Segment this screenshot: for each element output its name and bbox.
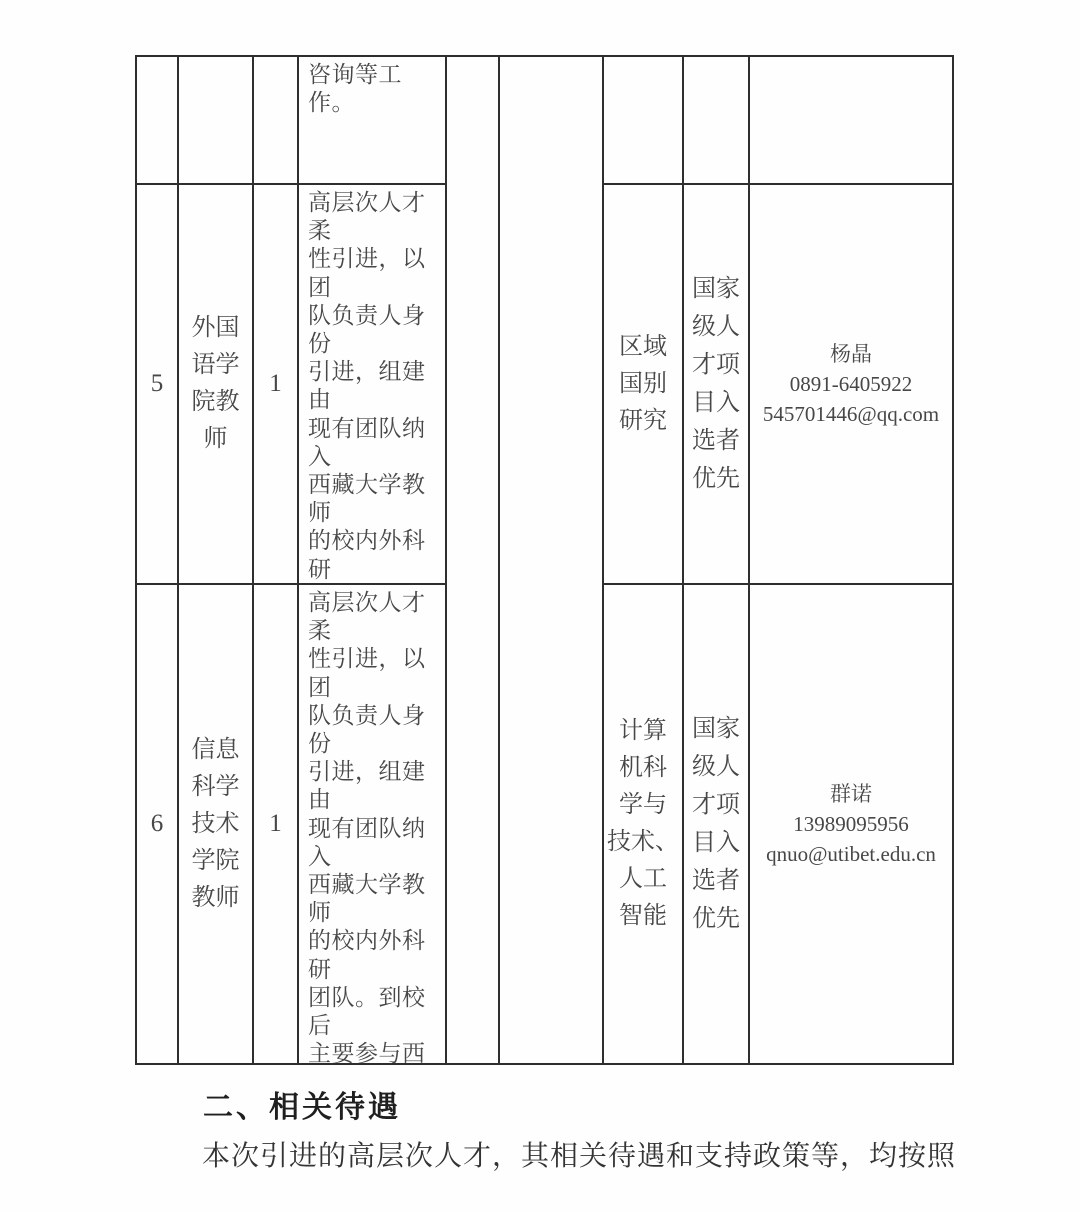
research-area-cell: 区域 国别 研究 (604, 185, 684, 585)
research-area-cell: 计算 机科 学与 技术、 人工 智能 (604, 585, 684, 1065)
partial-row-position-cell (179, 57, 254, 185)
partial-row-count-cell (254, 57, 299, 185)
section-heading: 二、相关待遇 (203, 1082, 401, 1126)
partial-row-serial-cell (137, 57, 179, 185)
partial-row-duties-cell: 咨询等工作。 (299, 57, 447, 185)
contact-cell: 群诺 13989095956 qnuo@utibet.edu.cn (750, 585, 954, 1065)
intro-paragraph: 本次引进的高层次人才，其相关待遇和支持政策等，均按照 (202, 1134, 956, 1174)
partial-row-contact-cell (750, 57, 954, 185)
duties-cell: 高层次人才柔 性引进，以团 队负责人身份 引进，组建由 现有团队纳入 西藏大学教… (299, 185, 447, 585)
document-page: 咨询等工作。 5 外国 语学 院教 师 1 高层次人才柔 性引进，以团 队负责人… (0, 0, 1080, 1212)
spacer-column-1 (447, 57, 500, 1065)
contact-cell: 杨晶 0891-6405922 545701446@qq.com (750, 185, 954, 585)
spacer-column-2 (500, 57, 604, 1065)
serial-cell: 5 (137, 185, 179, 585)
priority-cell: 国家 级人 才项 目入 选者 优先 (684, 585, 750, 1065)
duties-cell: 高层次人才柔 性引进，以团 队负责人身份 引进，组建由 现有团队纳入 西藏大学教… (299, 585, 447, 1065)
count-cell: 1 (254, 185, 299, 585)
count-cell: 1 (254, 585, 299, 1065)
serial-cell: 6 (137, 585, 179, 1065)
position-cell: 信息 科学 技术 学院 教师 (179, 585, 254, 1065)
priority-cell: 国家 级人 才项 目入 选者 优先 (684, 185, 750, 585)
position-cell: 外国 语学 院教 师 (179, 185, 254, 585)
partial-row-priority-cell (684, 57, 750, 185)
recruitment-table: 咨询等工作。 5 外国 语学 院教 师 1 高层次人才柔 性引进，以团 队负责人… (135, 55, 954, 1065)
partial-row-research-cell (604, 57, 684, 185)
